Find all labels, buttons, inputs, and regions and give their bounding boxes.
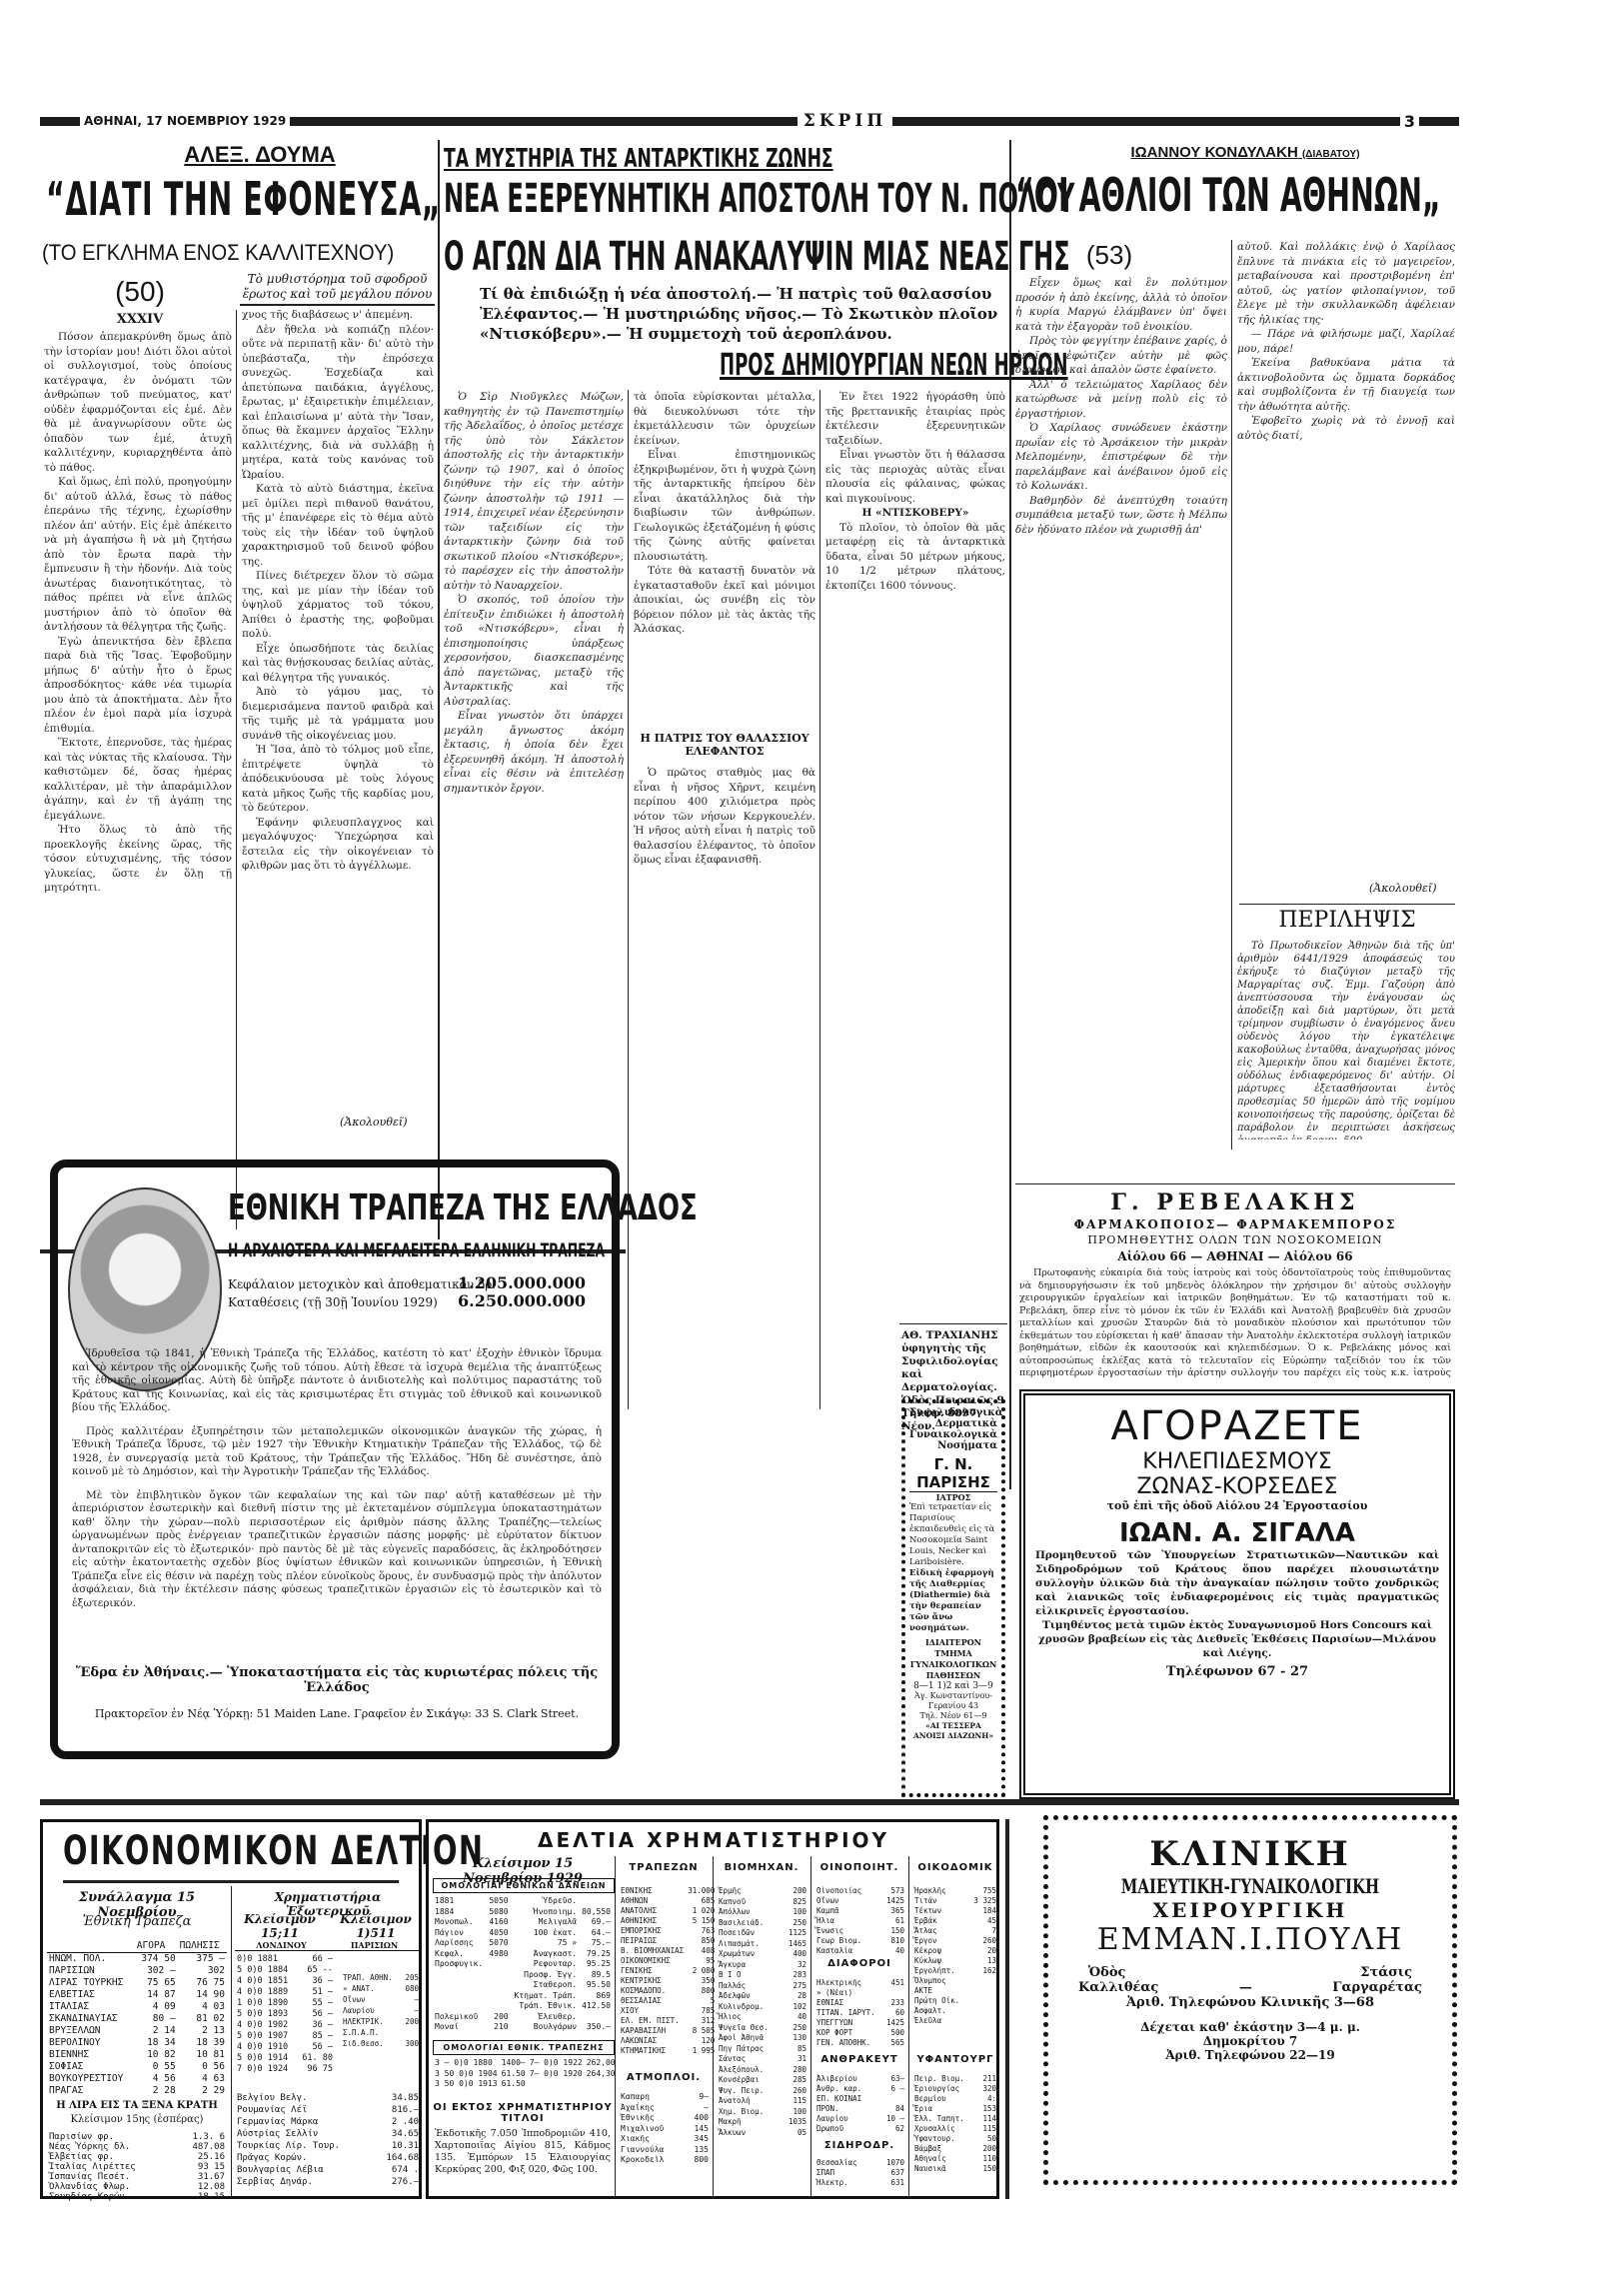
table-row: ΠΕΙΡΑΙΩΣ850 <box>619 1936 717 1946</box>
bank-subtitle: Η ΑΡΧΑΙΟΤΕΡΑ ΚΑΙ ΜΕΓΑΛΕΙΤΕΡΑ ΕΛΛΗΝΙΚΗ ΤΡ… <box>228 1239 605 1261</box>
table-row: Χιακῆς345 <box>619 2134 711 2145</box>
newspaper-name: ΣΚΡΙΠ <box>798 111 893 131</box>
table-row: Χρυσαλλίς115 <box>912 2124 998 2134</box>
table-row: Ποσειδῶν1125 <box>717 1928 808 1939</box>
table-row: Πάγιον4050100 ἑκατ.64.— <box>433 1928 613 1939</box>
table-row: Βερμίου4: <box>912 2094 998 2104</box>
bank-ad: ΕΘΝΙΚΗ ΤΡΑΠΕΖΑ ΤΗΣ ΕΛΛΑΔΟΣ Η ΑΡΧΑΙΟΤΕΡΑ … <box>50 1159 620 1759</box>
table-row: Σάντας31 <box>717 2054 808 2065</box>
article-headline: ΝΕΑ ΕΞΕΡΕΥΝΗΤΙΚΗ ΑΠΟΣΤΟΛΗ ΤΟΥ Ν. ΠΟΛΟΥ <box>444 176 1074 222</box>
table-row: ΥΠΕΓΓΥΩΝ1425 <box>814 2018 906 2028</box>
table-row: ΕΘΝΙΑΣ233 <box>814 1998 906 2008</box>
column-divider <box>231 1886 232 2196</box>
table-row: Βασιλειάδ.250 <box>717 1918 808 1929</box>
table-row: Παλλάς275 <box>717 1981 808 1992</box>
table-row: ΑΚΤΕ <box>912 1986 998 1996</box>
clinic-location: ὉδὸςΣτάσις <box>1048 1957 1452 1980</box>
table-row: Θεσσαλίας1070 <box>814 2158 906 2168</box>
table-row: ΒΟΥΚΟΥΡΕΣΤΙΟΥ4 564 63 <box>47 2073 227 2085</box>
table-row: Βελγίου Βελγ.34.85 <box>235 2092 421 2104</box>
table-row: Ἐθνικῆς400 <box>619 2113 711 2124</box>
pharmacy-address: Αἰόλου 66 — ΑΘΗΝΑΙ — Αἰόλου 66 <box>1015 1249 1455 1263</box>
finance-box: ΟΙΚΟΝΟΜΙΚΟΝ ΔΕΛΤΙΟΝ Συνάλλαγμα 15 Νοεμβρ… <box>40 1819 422 2199</box>
paris-table: ΤΡΑΠ. ΑΘΗΝ.205» ΑΝΑΤ.080Οἴνων—Λαυρίου—ΗΛ… <box>341 1972 421 2049</box>
table-row: ΒΡΥΞΕΛΛΩΝ2 142 13 <box>47 2025 227 2037</box>
table-row: Βάμβαξ200 <box>912 2144 998 2154</box>
table-row: Ἀλεξόπουλ.280 <box>717 2065 808 2076</box>
column-divider <box>1005 1819 1009 2199</box>
table-row: ΗΝΩΜ. ΠΟΛ.374 50375 — <box>47 1953 227 1966</box>
table-row: ΚΕΝΤΡΙΚΗΣ350 <box>619 1976 717 1986</box>
table-row: Ἥλια61 <box>814 1916 906 1926</box>
table-row: Αὐστρίας Σελλίν34.65 <box>235 2128 421 2140</box>
article-column-3: Ἐν ἔτει 1922 ἠγοράσθη ὑπὸ τῆς βρεττανικῆ… <box>825 390 1005 1389</box>
stock-bulletin-title: ΔΕΛΤΙΑ ΧΡΗΜΑΤΙΣΤΗΡΙΟΥ <box>429 1828 998 1852</box>
table-row: Κυλινδρομ.102 <box>717 2002 808 2013</box>
misc-table: Ηλεκτρικῆς451» (Νέαι)ΕΘΝΙΑΣ233ΤΙΤΑΝ. ΙΑΡ… <box>814 1978 906 2048</box>
table-row: Ηλεκτρικῆς451 <box>814 1978 906 1988</box>
table-row: ΟΙΚΟΝΟΜΙΚΗΣ95 <box>619 1956 717 1966</box>
table-row: Χρωμάτων400 <box>717 1949 808 1960</box>
table-row: ΕΛΒΕΤΙΑΣ14 8714 90 <box>47 1989 227 2001</box>
table-row: Προσφυγικ.Ρεφονταρ.95.25 <box>433 1959 613 1970</box>
masthead-rule <box>892 117 1400 126</box>
continued-note: (Ἀκολουθεῖ) <box>340 1116 407 1129</box>
national-loans-table: 18815050Ὑδρεῦσ.18845080Ἠνοποιημ.80,550Μο… <box>433 1896 613 2033</box>
bank-bonds-table: 3 — 0)0 18801400—7— 0)0 1922262,003 50 0… <box>433 2058 618 2090</box>
corset-headline: ΑΓΟΡΑΖΕΤΕ <box>1025 1403 1449 1449</box>
table-row: 4 0)0 188951 — <box>235 1987 335 1998</box>
table-row: ΣΟΦΙΑΣ0 550 56 <box>47 2061 227 2073</box>
masthead: ΑΘΗΝΑΙ, 17 ΝΟΕΜΒΡΙΟΥ 1929 ΣΚΡΙΠ 3 <box>40 112 1459 130</box>
table-row: ΠΡΟΝ.84 <box>814 2104 906 2114</box>
table-row: Λαρίσσης507075 »75.— <box>433 1938 613 1949</box>
table-row: Βουλγαρίας Λέβια674 . <box>235 2164 421 2176</box>
table-row: Τράπ. Ἐθνικ.412.50 <box>433 2001 613 2012</box>
table-row: 1 0)0 189055 — <box>235 1998 335 2009</box>
table-row: Λαυρίου10 — <box>814 2114 906 2124</box>
table-row: Ἄτλας7 <box>912 1926 998 1936</box>
chapter-number: XXXIV <box>60 312 220 327</box>
table-row: 5 0)0 191461. 80 <box>235 2053 335 2064</box>
table-row: Ψυγεῖα Θεσ.250 <box>717 2023 808 2034</box>
table-row: Ἄγκυρα32 <box>717 1960 808 1971</box>
pharmacy-supplier: ΠΡΟΜΗΘΕΥΤΗΣ ΟΛΩΝ ΤΩΝ ΝΟΣΟΚΟΜΕΙΩΝ <box>1015 1233 1455 1246</box>
dateline: ΑΘΗΝΑΙ, 17 ΝΟΕΜΒΡΙΟΥ 1929 <box>80 114 290 128</box>
table-row: 5 0)0 190785 — <box>235 2031 335 2042</box>
construction-table: Ἡρακλῆς755Τιτάν3 325Τέκτων184Ἐρβάκ45Ἄτλα… <box>912 1886 998 2026</box>
pharmacy-name: Γ. ΡΕΒΕΛΑΚΗΣ <box>1015 1189 1455 1215</box>
table-row: Ὄλυμπος <box>912 1976 998 1986</box>
bank-agency: Πρακτορεῖον ἐν Νέᾳ Ὑόρκῃ: 51 Maiden Lane… <box>72 1707 602 1720</box>
table-row: Ἰταλίας Λιρέττες93 15 <box>47 2162 227 2172</box>
rule <box>63 1880 399 1883</box>
table-row: Καπνοῦ825 <box>717 1897 808 1908</box>
railway-table: Θεσσαλίας1070ΣΠΑΠ637Ἠλεκτρ.631 <box>814 2158 906 2188</box>
table-row: Κροκοδεὶλ800 <box>619 2155 711 2166</box>
table-row: Οἴνων1425 <box>814 1896 906 1906</box>
table-row: ΣΚΑΝΔΙΝΑΥΙΑΣ80 —81 02 <box>47 2013 227 2025</box>
column-divider <box>1231 240 1232 1149</box>
serial-column-1: Πόσον ἀπεμακρύνθη ὅμως ἀπὸ τὴν ἱστορίαν … <box>44 330 232 1229</box>
table-row: Γερμανίας Μάρκα2 .40 <box>235 2116 421 2128</box>
bank-title: ΕΘΝΙΚΗ ΤΡΑΠΕΖΑ ΤΗΣ ΕΛΛΑΔΟΣ <box>228 1187 698 1228</box>
table-row: ΙΤΑΛΙΑΣ4 094 03 <box>47 2001 227 2013</box>
column-divider <box>628 390 629 1409</box>
table-row: Πειρ. Βιομ.211 <box>912 2074 998 2084</box>
table-row: Κύκλωψ13 <box>912 1956 998 1966</box>
bank-seat: Ἕδρα ἐν Ἀθήναις.— Ὑποκαταστήματα εἰς τὰς… <box>72 1665 602 1695</box>
table-row: 5 0)0 188465 -- <box>235 1965 335 1976</box>
table-row: » ΑΝΑΤ.080 <box>341 1983 421 1994</box>
masthead-rule <box>290 117 798 126</box>
table-row: ΕΠ. ΚΟΙΝΑΙ <box>814 2094 906 2104</box>
table-row: ΕΛ. ΕΜ. ΠΙΣΤ.312 <box>619 2016 717 2026</box>
table-row: Σουηδίας Κορών.18.15 <box>47 2192 227 2202</box>
table-row: ΣΠΑΠ637 <box>814 2168 906 2178</box>
table-row: Σταθεροπ.95.50 <box>433 1980 613 1991</box>
table-row: Παρισίων φρ.1.3. 6 <box>47 2132 227 2142</box>
rule <box>1015 1183 1455 1184</box>
table-row: ΕΜΠΟΡΙΚΗΣ763 <box>619 1926 717 1936</box>
article-deck: Τί θὰ ἐπιδιώξῃ ἡ νέα ἀποστολή.— Ἡ πατρὶς… <box>480 284 999 344</box>
table-row: Λαυρίου— <box>341 2005 421 2016</box>
stock-bulletin: ΔΕΛΤΙΑ ΧΡΗΜΑΤΙΣΤΗΡΙΟΥ Κλείσιμον 15 Νοεμβ… <box>426 1819 999 2199</box>
table-row: 18815050Ὑδρεῦσ. <box>433 1896 613 1907</box>
installment-number: (53) <box>1029 240 1189 271</box>
masthead-rule <box>40 117 80 126</box>
capital-value: 1.205.000.000 <box>458 1273 586 1292</box>
column-divider <box>438 140 440 1239</box>
summary-text: Τὸ Πρωτοδικεῖον Ἀθηνῶν διὰ τῆς ὑπ' ἀριθμ… <box>1237 940 1455 1140</box>
rule <box>899 1323 1007 1324</box>
clinic-location: Καλλιθέας—Γαργαρέτας <box>1048 1980 1452 1995</box>
pound-table-2: Βελγίου Βελγ.34.85Ρουμανίας Λέϊ816.—Γερμ… <box>235 2092 421 2188</box>
table-row: Ψυγ. Πειρ.260 <box>717 2086 808 2097</box>
table-row: Ἐργολήπτ.162 <box>912 1966 998 1976</box>
serial-right-author: ΙΩΑΝΝΟΥ ΚΟΝΔΥΛΑΚΗ (ΔΙΑΒΑΤΟΥ) <box>1055 144 1435 161</box>
table-row: Πρώτη Οἰκ. <box>912 1996 998 2006</box>
table-row: Ἔργον260 <box>912 1936 998 1946</box>
serial-author: ΑΛΕΞ. ΔΟΥΜΑ <box>160 142 360 168</box>
table-row: Ἀλιβερίου63— <box>814 2074 906 2084</box>
table-row: Β Ι Ο283 <box>717 1970 808 1981</box>
serial-right-title: “ΟΙ ΑΘΛΙΟΙ ΤΩΝ ΑΘΗΝΩΝ„ <box>1015 168 1441 222</box>
table-row: ΒΕΡΟΛΙΝΟΥ18 3418 39 <box>47 2037 227 2049</box>
table-row: ΚΤΗΜΑΤΙΚΗΣ1 995 <box>619 2046 717 2056</box>
pharmacy-trade: ΦΑΡΜΑΚΟΠΟΙΟΣ— ΦΑΡΜΑΚΕΜΠΟΡΟΣ <box>1015 1217 1455 1231</box>
table-row: Ἑλβετίας φρ.25.16 <box>47 2152 227 2162</box>
article-column-1: Ὁ Σὶρ Νιοῦγκλες Μώζων, καθηγητὴς ἐν τῷ Π… <box>444 390 624 950</box>
table-row: Ἡρακλῆς755 <box>912 1886 998 1896</box>
table-row: Κτηματ. Τράπ.869 <box>433 1991 613 2002</box>
table-row: Ἐρβάκ45 <box>912 1916 998 1926</box>
column-divider <box>819 390 820 1409</box>
table-row: Ἱσπανίας Πεσέτ.31.67 <box>47 2172 227 2182</box>
table-row: ΚΑΡΑΒΑΣΙΛΗ8 505 <box>619 2026 717 2036</box>
table-row: Ναυσικᾶ150 <box>912 2164 998 2174</box>
table-row: Νέας Ὑόρκης δλ.487.08 <box>47 2142 227 2152</box>
table-row: ΤΡΑΠ. ΑΘΗΝ.205 <box>341 1972 421 1983</box>
table-row: Χημ. Βιομ.100 <box>717 2107 808 2118</box>
table-row: 3 50 0)0 191361.50 <box>433 2079 618 2090</box>
table-row: ΚΟΣΜΑΔΟΠΟ.800 <box>619 1986 717 1996</box>
column-divider <box>810 1856 811 2196</box>
table-row: Ἐλεῦλα <box>912 2016 998 2026</box>
table-row: Ρουμανίας Λέϊ816.— <box>235 2104 421 2116</box>
table-row: Ἄλκυων05 <box>717 2128 808 2139</box>
table-row: 7 0)0 192496 75 <box>235 2064 335 2075</box>
table-row: Μακρῆ1035 <box>717 2117 808 2128</box>
table-row: Ἀσφαλτ. <box>912 2006 998 2016</box>
table-row: ΑΝΑΤΟΛΗΣ1 020 <box>619 1906 717 1916</box>
subsection-heading: Η ΠΑΤΡΙΣ ΤΟΥ ΘΑΛΑΣΣΙΟΥ ΕΛΕΦΑΝΤΟΣ <box>634 732 815 758</box>
doctor-name: Γ. Ν. ΠΑΡΙΣΗΣ <box>909 1455 997 1491</box>
continued-note: (Ἀκολουθεῖ) <box>1369 882 1436 895</box>
table-row: Λιπασμάτ.1465 <box>717 1939 808 1950</box>
serial-tagline: Τὸ μυθιστόρημα τοῦ σφοδροῦ ἔρωτος καὶ το… <box>240 272 435 306</box>
serial-subtitle: (ΤΟ ΕΓΚΛΗΜΑ ΕΝΟΣ ΚΑΛΛΙΤΕΧΝΟΥ) <box>42 240 394 266</box>
table-row: Πολεμικοῦ200Ἐλευθερ. <box>433 2012 613 2023</box>
masthead-rule <box>1419 117 1459 126</box>
table-row: » (Νέαι) <box>814 1988 906 1998</box>
column-divider <box>615 1856 616 2196</box>
corset-ad: ΑΓΟΡΑΖΕΤΕ ΚΗΛΕΠΙΔΕΣΜΟΥΣ ΖΩΝΑΣ-ΚΟΡΣΕΔΕΣ τ… <box>1019 1389 1455 1799</box>
table-row: ΧΙΟΥ785 <box>619 2006 717 2016</box>
table-row: 18845080Ἠνοποιημ.80,550 <box>433 1907 613 1918</box>
bank-text: Ἱδρυθεῖσα τῷ 1841, ἡ Ἐθνικὴ Τράπεζα τῆς … <box>72 1347 602 1647</box>
table-row: Τουρκίας Λίρ. Τουρ.10.31 <box>235 2140 421 2152</box>
clinic-title: ΚΛΙΝΙΚΗ <box>1048 1834 1452 1874</box>
table-row: ΤΙΤΑΝ. ΙΑΡΥΤ.60 <box>814 2008 906 2018</box>
table-row: Κασταλία40 <box>814 1946 906 1956</box>
table-row: Ὠρωποῦ62 <box>814 2124 906 2134</box>
article-kicker: ΤΑ ΜΥΣΤΗΡΙΑ ΤΗΣ ΑΝΤΑΡΚΤΙΚΗΣ ΖΩΝΗΣ <box>444 144 833 174</box>
table-row: Β. ΒΙΟΜΗΧΑΝΙΑΣ408 <box>619 1946 717 1956</box>
industrial-table: Ἑρμῆς200Καπνοῦ825Ἀπόλλων100Βασιλειάδ.250… <box>717 1886 808 2138</box>
table-row: 5 0)0 189356 — <box>235 2009 335 2020</box>
column-divider <box>236 310 237 1229</box>
table-row: Πράγας Κορών.164.68 <box>235 2152 421 2164</box>
serial-right-column-1: Εἶχεν ὅμως καὶ ἓν πολύτιμον προσόν ἡ ἀπὸ… <box>1015 276 1227 1155</box>
table-row: ΓΕΝΙΚΗΣ2 080 <box>619 1966 717 1976</box>
page-number: 3 <box>1400 112 1419 131</box>
column-divider <box>713 1856 714 2196</box>
table-row: ΑΘΗΝΩΝ685 <box>619 1896 717 1906</box>
table-row: ΛΙΡΑΣ ΤΟΥΡΚΗΣ75 6576 75 <box>47 1977 227 1989</box>
table-row: ΠΡΑΓΑΣ2 282 29 <box>47 2085 227 2097</box>
coal-table: Ἀλιβερίου63—Ἀνθρ. καρ.6 —ΕΠ. ΚΟΙΝΑΙΠΡΟΝ.… <box>814 2074 906 2134</box>
table-row: Ὁλλανδίας Φλωρ.12.08 <box>47 2182 227 2192</box>
table-row: Ἀφοὶ Ἀθηνᾶ130 <box>717 2033 808 2044</box>
table-row: ΑΘΗΝΙΚΗΣ5 150 <box>619 1916 717 1926</box>
table-row: Ἀδελφῶν28 <box>717 1991 808 2002</box>
table-row: Κονσέρβαι285 <box>717 2075 808 2086</box>
newspaper-page: ΑΘΗΝΑΙ, 17 ΝΟΕΜΒΡΙΟΥ 1929 ΣΚΡΙΠ 3 ΑΛΕΞ. … <box>40 100 1459 2209</box>
column-divider <box>908 1856 909 2196</box>
table-row: Μονοπωλ.4160Μελιγαλᾶ69.— <box>433 1917 613 1928</box>
table-row: Ὑφαντουρ.50 <box>912 2134 998 2144</box>
article-column-2: τὰ ὁποῖα εὑρίσκονται μέταλλα, θὰ διευκολ… <box>634 390 815 720</box>
table-row: Τιτάν3 325 <box>912 1896 998 1906</box>
table-row: ΗΛΕΚΤΡΙΚ.200 <box>341 2016 421 2027</box>
table-row: Ἀνθρ. καρ.6 — <box>814 2084 906 2094</box>
rule <box>1239 904 1455 905</box>
fx-table: ΑΓΟΡΑΠΩΛΗΣΙΣ ΗΝΩΜ. ΠΟΛ.374 50375 —ΠΑΡΙΣΙ… <box>47 1940 227 2097</box>
summary-title: ΠΕΡΙΛΗΨΙΣ <box>1239 908 1455 933</box>
table-row: Ἕνωσις150 <box>814 1926 906 1936</box>
banks-table: ΕΘΝΙΚΗΣ31.000ΑΘΗΝΩΝ685ΑΝΑΤΟΛΗΣ1 020ΑΘΗΝΙ… <box>619 1886 717 2056</box>
clinic-doctor: ΕΜΜΑΝ.Ι.ΠΟΥΛΗ <box>1048 1922 1452 1957</box>
table-row: Πηγ Πάτρας85 <box>717 2044 808 2055</box>
pound-table: Παρισίων φρ.1.3. 6Νέας Ὑόρκης δλ.487.08Ἑ… <box>47 2132 227 2202</box>
table-row: Κεφαλ.4980Ἀναγκαστ.79.25 <box>433 1949 613 1960</box>
wine-table: Οἰνοποιίας573Οἴνων1425Καμπᾶ365Ἥλια61Ἕνωσ… <box>814 1886 906 1956</box>
table-row: ΚΟΡ ΦΟΡΤ500 <box>814 2028 906 2038</box>
table-row: Γεωρ Βιομ.810 <box>814 1936 906 1946</box>
table-row: Σ.Π.Α.Π. <box>341 2027 421 2038</box>
table-row: ΓΕΝ. ΑΠΟΘΗΚ.565 <box>814 2038 906 2048</box>
table-row: ΕΘΝΙΚΗΣ31.000 <box>619 1886 717 1896</box>
table-row: ΠΑΡΙΣΙΩΝ302 —302 <box>47 1965 227 1977</box>
table-row: Τέκτων184 <box>912 1906 998 1916</box>
table-row: Ἔρια153 <box>912 2104 998 2114</box>
table-row: Σιδ.Θεσσ.300 <box>341 2038 421 2049</box>
table-row: ΛΑΚΩΝΙΑΣ120 <box>619 2036 717 2046</box>
article-subhead: Ο ΑΓΩΝ ΔΙΑ ΤΗΝ ΑΝΑΚΑΛΥΨΙΝ ΜΙΑΣ ΝΕΑΣ ΓΗΣ <box>444 234 1070 280</box>
column-divider <box>1009 140 1011 1489</box>
table-row: Οἰνοποιίας573 <box>814 1886 906 1896</box>
table-row: Καπαρη9— <box>619 2092 711 2103</box>
textile-table: Πειρ. Βιομ.211Ἐριουργίας320Βερμίου4:Ἔρια… <box>912 2074 998 2174</box>
shipping-table: Καπαρη9—Ἀχαΐκης—Ἐθνικῆς400Μιχαλινοῦ145Χι… <box>619 2092 711 2166</box>
table-row: Ἑρμῆς200 <box>717 1886 808 1897</box>
corset-owner: ΙΩΑΝ. Α. ΣΙΓΑΛΑ <box>1025 1518 1449 1548</box>
table-row: Γιαννούλα135 <box>619 2145 711 2156</box>
installment-number: (50) <box>60 276 220 308</box>
table-row: 0)0 188166 — <box>235 1954 335 1965</box>
table-row: Ἀπόλλων100 <box>717 1907 808 1918</box>
table-row: Ἀχαΐκης— <box>619 2103 711 2114</box>
table-row: Ἑλλ. Ταπητ.114 <box>912 2114 998 2124</box>
table-row: Ἀθηναΐς110 <box>912 2154 998 2164</box>
table-row: Οἴνων— <box>341 1994 421 2005</box>
table-row: 3 50 0)0 190461.507— 0)0 1920264,30 <box>433 2069 618 2080</box>
table-row: Καμπᾶ365 <box>814 1906 906 1916</box>
serial-column-2: χνος τῆς διαβάσεως ν' ἀπεμένη. Δὲν ἤθελα… <box>242 308 434 1108</box>
table-row: Ἥλιος40 <box>717 2012 808 2023</box>
table-row: Μιχαλινοῦ145 <box>619 2124 711 2135</box>
table-row: Ἀνατολή115 <box>717 2096 808 2107</box>
table-row: 4 0)0 191056 — <box>235 2042 335 2053</box>
table-row: Κέκροψ20 <box>912 1946 998 1956</box>
section-rule <box>40 1799 1459 1805</box>
table-row: Ἠλεκτρ.631 <box>814 2178 906 2188</box>
table-row: ΘΕΣΣΑΛΙΑΣ5 <box>619 1996 717 2006</box>
table-row: Ἐριουργίας320 <box>912 2084 998 2094</box>
deposits-value: 6.250.000.000 <box>458 1291 586 1310</box>
table-row: Σερβίας Δηνάρ.276.— <box>235 2176 421 2188</box>
table-row: Μοναί210Βουλγάρων350.— <box>433 2022 613 2033</box>
table-row: ΒΙΕΝΝΗΣ10 8210 81 <box>47 2049 227 2061</box>
pharmacy-text: Πρωτοφανὴς εὐκαιρία διὰ τοὺς ἰατροὺς καὶ… <box>1019 1267 1451 1379</box>
table-row: 3 — 0)0 18801400—7— 0)0 1922262,00 <box>433 2058 618 2069</box>
exchange-headers: ΛΟΝΔΙΝΟΥ ΠΑΡΙΣΙΩΝ <box>235 1940 421 1951</box>
clinic-ad: ΚΛΙΝΙΚΗ ΜΑΙΕΥΤΙΚΗ-ΓΥΝΑΙΚΟΛΟΓΙΚΗ ΧΕΙΡΟΥΡΓ… <box>1043 1815 1457 2185</box>
serial-right-column-2: αὐτοῦ. Καὶ πολλάκις ἐνῷ ὁ Χαρίλαος ἔπλυν… <box>1237 240 1455 880</box>
serial-title: “ΔΙΑΤΙ ΤΗΝ ΕΦΟΝΕΥΣΑ„ <box>46 172 441 226</box>
article-column-2b: Ὁ πρῶτος σταθμὸς μας θὰ εἶναι ἡ νῆσος Χῆ… <box>634 766 815 1405</box>
table-row: 4 0)0 190236 — <box>235 2020 335 2031</box>
table-row: 4 0)0 185136 — <box>235 1976 335 1987</box>
finance-title: ΟΙΚΟΝΟΜΙΚΟΝ ΔΕΛΤΙΟΝ <box>63 1828 484 1874</box>
london-table: 0)0 188166 —5 0)0 188465 --4 0)0 185136 … <box>235 1954 335 2075</box>
table-row: Προσφ. Ἐγγ.89.5 <box>433 1970 613 1981</box>
doctor-ad: Συφιλιδολογικὰ Δερματικὰ Γυναικολογικὰ Ν… <box>901 1399 1005 1797</box>
